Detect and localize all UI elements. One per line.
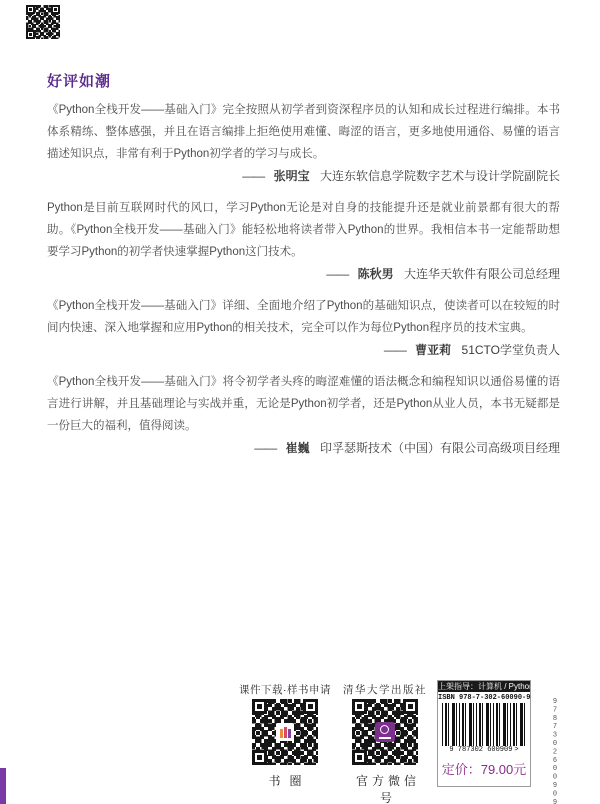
ean-suffix: >: [514, 746, 518, 754]
ean-digits: 9 787302 600909>: [438, 746, 530, 754]
press-caption: 清华大学出版社: [335, 682, 435, 697]
review-author: 陈秋男: [358, 267, 394, 281]
shuquan-caption: 书圈: [252, 772, 318, 789]
qr-code-weixin-icon: [352, 699, 418, 765]
qr-finder-icon: [51, 5, 60, 14]
review-affiliation: 大连东软信息学院数字艺术与设计学院副院长: [320, 169, 560, 183]
shelf-guidance-label: 上架指导：计算机 / Python: [438, 681, 530, 692]
attribution-dash: ——: [242, 169, 264, 183]
weixin-caption: 官方微信号: [346, 772, 426, 804]
price-label: 定价：79.00元: [438, 759, 530, 778]
review-author: 曹亚莉: [415, 343, 451, 357]
review-attribution: —— 张明宝 大连东软信息学院数字艺术与设计学院副院长: [47, 165, 560, 187]
review-affiliation: 51CTO学堂负责人: [462, 343, 560, 357]
review-block: 《Python全栈开发——基础入门》详细、全面地介绍了Python的基础知识点，…: [47, 295, 560, 361]
review-block: Python是目前互联网时代的风口，学习Python无论是对自身的技能提升还是就…: [47, 197, 560, 285]
qr-finder-icon: [303, 699, 318, 714]
review-attribution: —— 陈秋男 大连华天软件有限公司总经理: [47, 263, 560, 285]
qr-finder-icon: [403, 699, 418, 714]
review-block: 《Python全栈开发——基础入门》将令初学者头疼的晦涩难懂的语法概念和编程知识…: [47, 371, 560, 459]
reviews-section: 《Python全栈开发——基础入门》完全按照从初学者到资深程序员的认知和成长过程…: [47, 99, 560, 459]
qr-code-top-left-icon: [26, 5, 60, 39]
review-text: 《Python全栈开发——基础入门》将令初学者头疼的晦涩难懂的语法概念和编程知识…: [47, 371, 560, 437]
qr-finder-icon: [26, 5, 35, 14]
attribution-dash: ——: [254, 441, 276, 455]
isbn-number: ISBN 978-7-302-60090-9: [438, 694, 530, 702]
review-attribution: —— 崔巍 印孚瑟斯技术（中国）有限公司高级项目经理: [47, 437, 560, 459]
attribution-dash: ——: [326, 267, 348, 281]
review-affiliation: 印孚瑟斯技术（中国）有限公司高级项目经理: [320, 441, 560, 455]
review-text: 《Python全栈开发——基础入门》详细、全面地介绍了Python的基础知识点，…: [47, 295, 560, 339]
review-text: 《Python全栈开发——基础入门》完全按照从初学者到资深程序员的认知和成长过程…: [47, 99, 560, 165]
qr-code-shuquan-icon: [252, 699, 318, 765]
qr-finder-icon: [352, 699, 367, 714]
review-author: 崔巍: [286, 441, 310, 455]
ean-digits-text: 9 787302 600909: [449, 746, 512, 754]
reviews-heading: 好评如潮: [47, 70, 111, 91]
review-block: 《Python全栈开发——基础入门》完全按照从初学者到资深程序员的认知和成长过程…: [47, 99, 560, 187]
spine-accent-strip: [0, 768, 6, 804]
ean-barcode-icon: [442, 703, 526, 746]
press-emblem-icon: [375, 722, 395, 742]
courseware-caption: 课件下载·样书申请: [235, 682, 335, 697]
review-affiliation: 大连华天软件有限公司总经理: [404, 267, 560, 281]
qr-finder-icon: [252, 750, 267, 765]
review-attribution: —— 曹亚莉 51CTO学堂负责人: [47, 339, 560, 361]
attribution-dash: ——: [384, 343, 406, 357]
vertical-isbn-digits: 9787302600909: [551, 698, 559, 792]
qr-finder-icon: [252, 699, 267, 714]
review-author: 张明宝: [274, 169, 310, 183]
review-text: Python是目前互联网时代的风口，学习Python无论是对自身的技能提升还是就…: [47, 197, 560, 263]
qr-finder-icon: [26, 30, 35, 39]
qr-finder-icon: [352, 750, 367, 765]
striped-books-logo-icon: [276, 723, 294, 741]
book-back-cover: 好评如潮 《Python全栈开发——基础入门》完全按照从初学者到资深程序员的认知…: [0, 0, 600, 804]
isbn-barcode-block: 上架指导：计算机 / Python ISBN 978-7-302-60090-9…: [437, 680, 531, 787]
